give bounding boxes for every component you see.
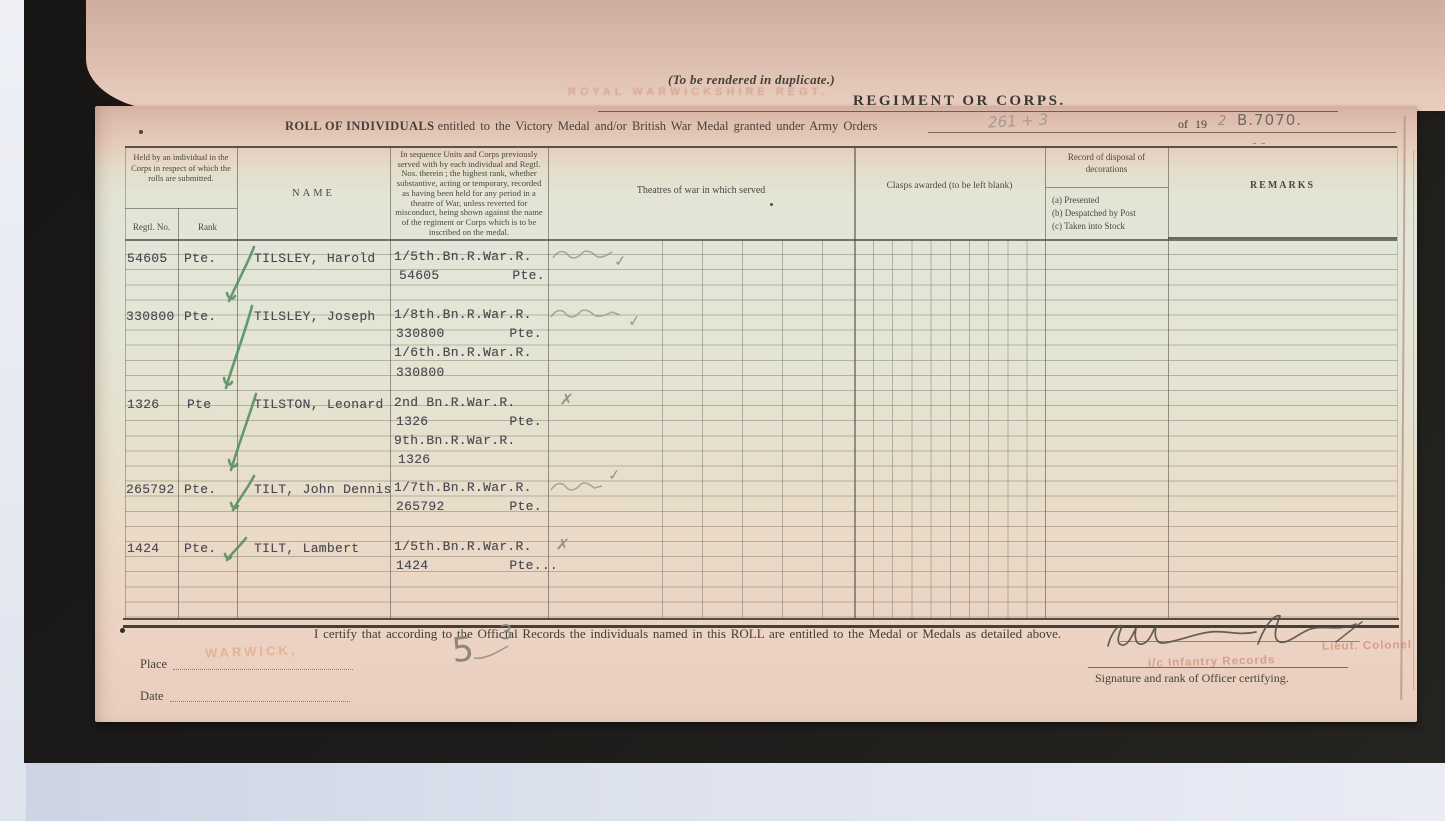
entry-unit-line: 9th.Bn.R.War.R. (394, 433, 516, 448)
pencil-stroke (472, 644, 512, 662)
pencil-theatre-mark: ✓ (613, 251, 627, 270)
place-label: Place (140, 657, 167, 672)
green-check-mark (220, 302, 256, 392)
entry-unit-line: 1326 Pte. (396, 414, 542, 429)
pencil-theatre-mark: ✓ (607, 465, 621, 484)
entry-unit-line: 1/7th.Bn.R.War.R. (394, 480, 532, 495)
entry-rank: Pte. (184, 309, 216, 324)
entry-regtl-no: 1424 (127, 541, 159, 556)
heading-rule (598, 111, 1338, 112)
entry-rank: Pte (187, 397, 211, 412)
header-units-note: In sequence Units and Corps previously s… (393, 150, 545, 237)
entry-unit-line: 2nd Bn.R.War.R. (394, 395, 516, 410)
entry-unit-line: 330800 (396, 365, 445, 380)
entry-unit-line: 1/5th.Bn.R.War.R. (394, 539, 532, 554)
faded-regimental-stamp: ROYAL WARWICKSHIRE REGT. (568, 86, 828, 98)
entry-unit-line: 330800 Pte. (396, 326, 542, 341)
entry-rank: Pte. (184, 482, 216, 497)
date-line (170, 700, 350, 702)
green-check-mark (222, 534, 250, 564)
entry-name: TILT, John Dennis (254, 482, 392, 497)
header-held-by: Held by an individual in the Corps in re… (127, 152, 235, 184)
entry-rank: Pte. (184, 251, 216, 266)
entry-rank: Pte. (184, 541, 216, 556)
pencil-theatre-mark: ✗ (555, 534, 570, 554)
page-stack-edge (1413, 150, 1414, 690)
army-order-pencil-number: 261 + 3 (988, 110, 1049, 131)
of-year-label: of 19 (1178, 117, 1207, 132)
roll-title-rest: entitled to the Victory Medal and/or Bri… (438, 119, 878, 133)
place-line (173, 668, 353, 670)
grid-line (1397, 146, 1398, 618)
roll-reference-pencil: B.7070. (1237, 111, 1302, 129)
ink-dot (120, 628, 125, 633)
pencil-year-mark: 2 (1218, 114, 1226, 129)
heading-rule (928, 132, 1396, 133)
green-check-mark (226, 390, 260, 474)
grid-line (125, 208, 237, 209)
entry-unit-line: 1/5th.Bn.R.War.R. (394, 249, 532, 264)
pencil-theatre-mark: ✗ (559, 389, 574, 409)
entry-regtl-no: 1326 (127, 397, 159, 412)
paper-edge-strip (0, 0, 26, 821)
pencil-scribble (550, 246, 620, 264)
header-disposal-b: (b) Despatched by Post (1052, 207, 1136, 221)
rank-stamp: Lieut. Colonel (1322, 639, 1412, 653)
entry-unit-line: 1326 (398, 452, 430, 467)
header-disposal-c: (c) Taken into Stock (1052, 220, 1125, 234)
entry-regtl-no: 330800 (126, 309, 175, 324)
pencil-stray-dashes: - - (1252, 136, 1266, 151)
entry-name: TILSTON, Leonard (254, 397, 384, 412)
ink-dot (770, 203, 773, 206)
header-clasps: Clasps awarded (to be left blank) (854, 181, 1045, 191)
header-theatres: Theatres of war in which served (548, 185, 854, 196)
entry-name: TILT, Lambert (254, 541, 359, 556)
entry-name: TILSLEY, Joseph (254, 309, 376, 324)
header-remarks: REMARKS (1168, 180, 1397, 191)
pencil-theatre-mark: ✓ (627, 311, 641, 330)
green-check-mark (228, 472, 258, 514)
theatre-subcolumns (662, 240, 855, 618)
certifying-signature (1098, 610, 1370, 662)
entry-regtl-no: 54605 (127, 251, 168, 266)
signature-caption: Signature and rank of Officer certifying… (1095, 671, 1289, 686)
roll-title-strong: ROLL OF INDIVIDUALS (285, 119, 435, 133)
grid-line (1168, 237, 1397, 239)
entry-unit-line: 54605 Pte. (399, 268, 545, 283)
table-top-border (125, 146, 1397, 148)
entry-name: TILSLEY, Harold (254, 251, 376, 266)
entry-unit-line: 1/8th.Bn.R.War.R. (394, 307, 532, 322)
header-disposal-title: Record of disposal of decorations (1047, 151, 1166, 175)
entry-unit-line: 1/6th.Bn.R.War.R. (394, 345, 532, 360)
certification-text: I certify that according to the Official… (314, 626, 1061, 642)
ink-dot (139, 130, 143, 134)
entry-unit-line: 1424 Pte... (396, 558, 558, 573)
clasp-subcolumns (873, 240, 1046, 618)
signature-caption-rule (1088, 667, 1348, 668)
pencil-scribble (548, 305, 626, 323)
header-name: NAME (237, 188, 390, 199)
entry-unit-line: 265792 Pte. (396, 499, 542, 514)
grid-line (1045, 187, 1168, 188)
entry-regtl-no: 265792 (126, 482, 175, 497)
green-check-mark (224, 243, 258, 305)
pencil-scribble (548, 478, 610, 496)
header-rank: Rank (178, 222, 237, 232)
pencil-tally-three: 3 (499, 620, 513, 645)
date-label: Date (140, 689, 164, 704)
regiment-or-corps-heading: REGIMENT OR CORPS. (853, 93, 1066, 110)
photographed-document: (To be rendered in duplicate.) ROYAL WAR… (0, 0, 1445, 821)
header-disposal-a: (a) Presented (1052, 194, 1099, 208)
header-regtl-no: Regtl. No. (125, 222, 178, 232)
